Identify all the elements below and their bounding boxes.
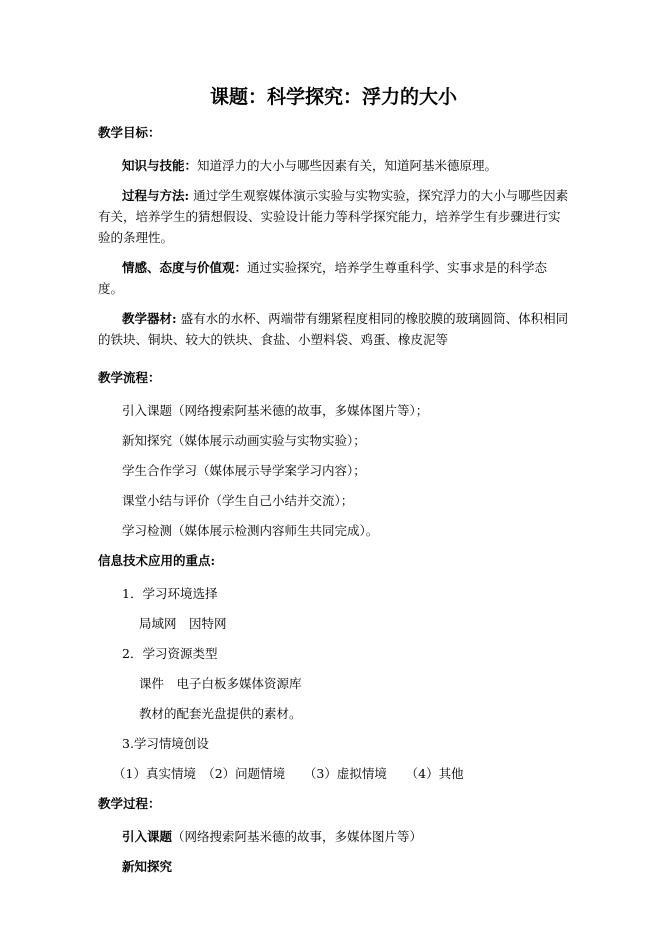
document-content: 课题：科学探究：浮力的大小 教学目标： 知识与技能：知道浮力的大小与哪些因素有关… [0, 0, 661, 877]
teaching-equipment: 教学器材: 盛有水的水杯、两端带有绷紧程度相同的橡胶膜的玻璃圆筒、体积相同的铁块… [98, 308, 569, 350]
it-focus-resource-note: 教材的配套光盘提供的素材。 [139, 703, 569, 724]
flow-item-learning-test: 学习检测（媒体展示检测内容师生共同完成）。 [122, 520, 569, 541]
process-intro-text: （网络搜索阿基米德的故事，多媒体图片等） [172, 829, 422, 844]
objective-attitude-values: 情感、态度与价值观：通过实验探究，培养学生尊重科学、实事求是的科学态度。 [98, 257, 569, 299]
it-focus-resource-label: 2．学习资源类型 [122, 643, 569, 664]
process-explore: 新知探究 [122, 856, 569, 877]
it-focus-context-options: （1）真实情境 （2）问题情境 （3）虚拟情境 （4）其他 [113, 763, 569, 784]
process-explore-label: 新知探究 [122, 859, 172, 874]
flow-item-explore: 新知探究（媒体展示动画实验与实物实验）； [122, 430, 569, 451]
it-focus-resource-options: 课件 电子白板多媒体资源库 [139, 673, 569, 694]
it-focus-context-label: 3.学习情境创设 [122, 733, 569, 754]
objective-process-method: 过程与方法: 通过学生观察媒体演示实验与实物实验，探究浮力的大小与哪些因素有关，… [98, 185, 569, 248]
it-focus-heading: 信息技术应用的重点: [98, 550, 569, 571]
document-page: 课题：科学探究：浮力的大小 教学目标： 知识与技能：知道浮力的大小与哪些因素有关… [0, 0, 661, 935]
flow-item-intro: 引入课题（网络搜索阿基米德的故事，多媒体图片等）； [122, 400, 569, 421]
process-intro: 引入课题（网络搜索阿基米德的故事，多媒体图片等） [122, 826, 569, 847]
objectives-heading: 教学目标： [98, 122, 569, 143]
objective-knowledge-skills-label: 知识与技能： [122, 158, 197, 173]
process-heading: 教学过程： [98, 793, 569, 814]
objective-process-method-label: 过程与方法: [122, 188, 189, 203]
process-intro-label: 引入课题 [122, 829, 172, 844]
flow-heading: 教学流程： [98, 367, 569, 388]
teaching-equipment-label: 教学器材: [122, 311, 177, 326]
objective-attitude-values-label: 情感、态度与价值观： [122, 260, 247, 275]
flow-item-cooperative-learning: 学生合作学习（媒体展示导学案学习内容）； [122, 460, 569, 481]
objective-knowledge-skills: 知识与技能：知道浮力的大小与哪些因素有关，知道阿基米德原理。 [98, 155, 569, 176]
it-focus-env-label: 1．学习环境选择 [122, 583, 569, 604]
it-focus-env-options: 局域网 因特网 [139, 613, 569, 634]
flow-item-summary-evaluation: 课堂小结与评价（学生自己小结并交流）； [122, 490, 569, 511]
document-title: 课题：科学探究：浮力的大小 [98, 86, 569, 109]
objective-knowledge-skills-text: 知道浮力的大小与哪些因素有关，知道阿基米德原理。 [197, 158, 497, 173]
